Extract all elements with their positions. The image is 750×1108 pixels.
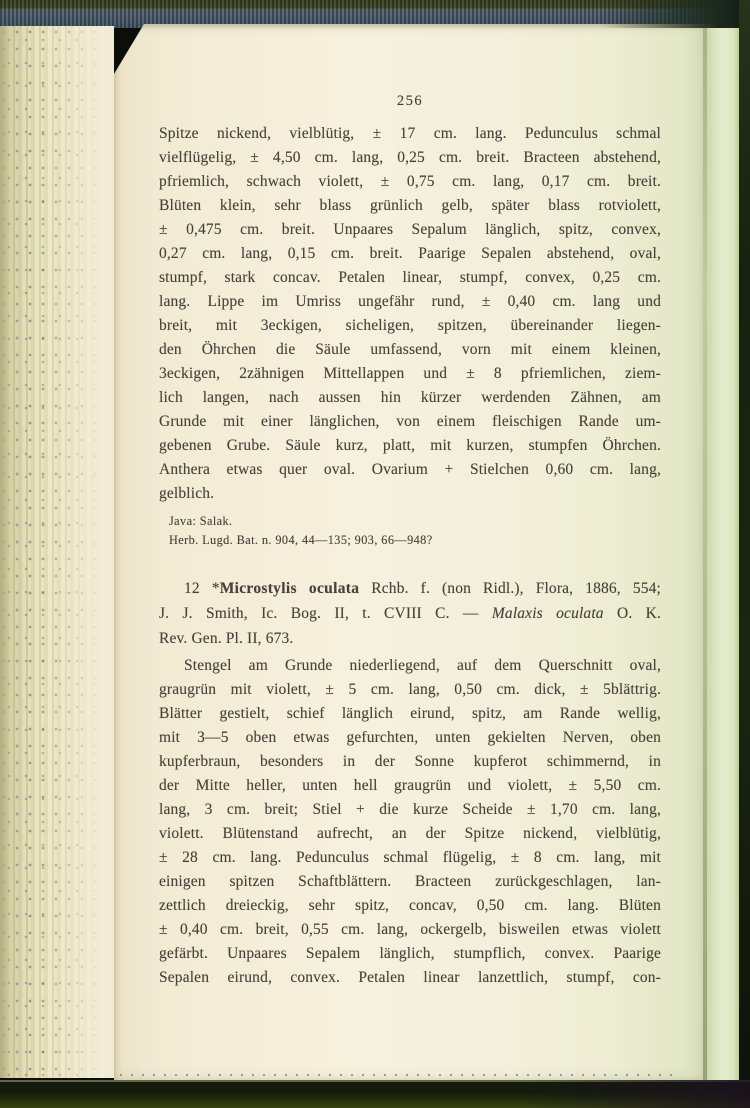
facing-page-edge	[707, 24, 739, 1082]
text-line: lang, 3 cm. breit; Stiel + die kurze Sch…	[159, 798, 661, 822]
text-line: Stengel am Grunde niederliegend, auf dem…	[159, 654, 661, 678]
text-line: lang. Lippe im Umriss ungefähr rund, ± 0…	[159, 290, 661, 314]
description-paragraph: Stengel am Grunde niederliegend, auf dem…	[159, 654, 661, 990]
text-segment: J. J. Smith, Ic. Bog. II, t. CVIII C. —	[159, 605, 492, 622]
text-line: pfriemlich, schwach violett, ± 0,75 cm. …	[159, 170, 661, 194]
text-line: ± 0,40 cm. breit, 0,55 cm. lang, ockerge…	[159, 918, 661, 942]
text-line: Spitze nickend, vielblütig, ± 17 cm. lan…	[159, 122, 661, 146]
book-page-scan: 256 Spitze nickend, vielblütig, ± 17 cm.…	[0, 0, 750, 1108]
text-line: Grunde mit einer länglichen, von einem f…	[159, 410, 661, 434]
page-edge-specks	[118, 1073, 680, 1078]
text-line: Herb. Lugd. Bat. n. 904, 44—135; 903, 66…	[159, 531, 661, 550]
text-line: ± 28 cm. lang. Pedunculus schmal flügeli…	[159, 846, 661, 870]
locality-and-herbarium-note: Java: Salak.Herb. Lugd. Bat. n. 904, 44—…	[159, 512, 661, 550]
text-line: stumpf, stark concav. Petalen linear, st…	[159, 266, 661, 290]
text-line: 0,27 cm. lang, 0,15 cm. breit. Paarige S…	[159, 242, 661, 266]
text-line: violett. Blütenstand aufrecht, an der Sp…	[159, 822, 661, 846]
text-line: zettlich dreieckig, sehr spitz, concav, …	[159, 894, 661, 918]
text-line: gelblich.	[159, 482, 661, 506]
text-line: 12 *Microstylis oculata Rchb. f. (non Ri…	[159, 576, 661, 601]
text-segment: Rchb. f. (non Ridl.), Flora, 1886, 554;	[359, 580, 661, 597]
species-heading: 12 *Microstylis oculata Rchb. f. (non Ri…	[159, 576, 661, 651]
text-segment: 12 *	[184, 580, 220, 597]
book-cover-right-edge	[739, 0, 750, 1108]
text-line: Blätter gestielt, schief länglich eirund…	[159, 702, 661, 726]
page-text: 256 Spitze nickend, vielblütig, ± 17 cm.…	[159, 90, 661, 990]
book-cover-top-right-shadow	[600, 0, 750, 28]
text-line: gebenen Grube. Säule kurz, platt, mit ku…	[159, 434, 661, 458]
text-segment: O. K.	[604, 605, 661, 622]
description-paragraph-continued: Spitze nickend, vielblütig, ± 17 cm. lan…	[159, 122, 661, 506]
text-line: Rev. Gen. Pl. II, 673.	[159, 626, 661, 651]
book-cover-bottom-edge	[0, 1080, 750, 1108]
text-line: mit 3—5 oben etwas gefurchten, unten gek…	[159, 726, 661, 750]
text-line: Blüten klein, sehr blass grünlich gelb, …	[159, 194, 661, 218]
text-line: den Öhrchen die Säule umfassend, vorn mi…	[159, 338, 661, 362]
synonym-name-italic: Malaxis oculata	[492, 605, 604, 622]
text-line: einigen spitzen Schaftblättern. Bracteen…	[159, 870, 661, 894]
text-line: lich langen, nach aussen hin kürzer werd…	[159, 386, 661, 410]
text-line: ± 0,475 cm. breit. Unpaares Sepalum läng…	[159, 218, 661, 242]
text-line: vielflügelig, ± 4,50 cm. lang, 0,25 cm. …	[159, 146, 661, 170]
text-line: Java: Salak.	[159, 512, 661, 531]
page-edge-stack	[0, 26, 114, 1078]
text-line: J. J. Smith, Ic. Bog. II, t. CVIII C. — …	[159, 601, 661, 626]
text-line: der Mitte heller, unten hell graugrün un…	[159, 774, 661, 798]
species-name-bold: Microstylis oculata	[220, 580, 360, 597]
text-line: Sepalen eirund, convex. Petalen linear l…	[159, 966, 661, 990]
text-line: kupferbraun, besonders in der Sonne kupf…	[159, 750, 661, 774]
text-line: 3eckigen, 2zähnigen Mittellappen und ± 8…	[159, 362, 661, 386]
text-line: gefärbt. Unpaares Sepalem länglich, stum…	[159, 942, 661, 966]
page-number: 256	[159, 90, 661, 112]
text-segment: Rev. Gen. Pl. II, 673.	[159, 630, 293, 647]
text-line: graugrün mit violett, ± 5 cm. lang, 0,50…	[159, 678, 661, 702]
text-line: breit, mit 3eckigen, sicheligen, spitzen…	[159, 314, 661, 338]
text-line: Anthera etwas quer oval. Ovarium + Stiel…	[159, 458, 661, 482]
